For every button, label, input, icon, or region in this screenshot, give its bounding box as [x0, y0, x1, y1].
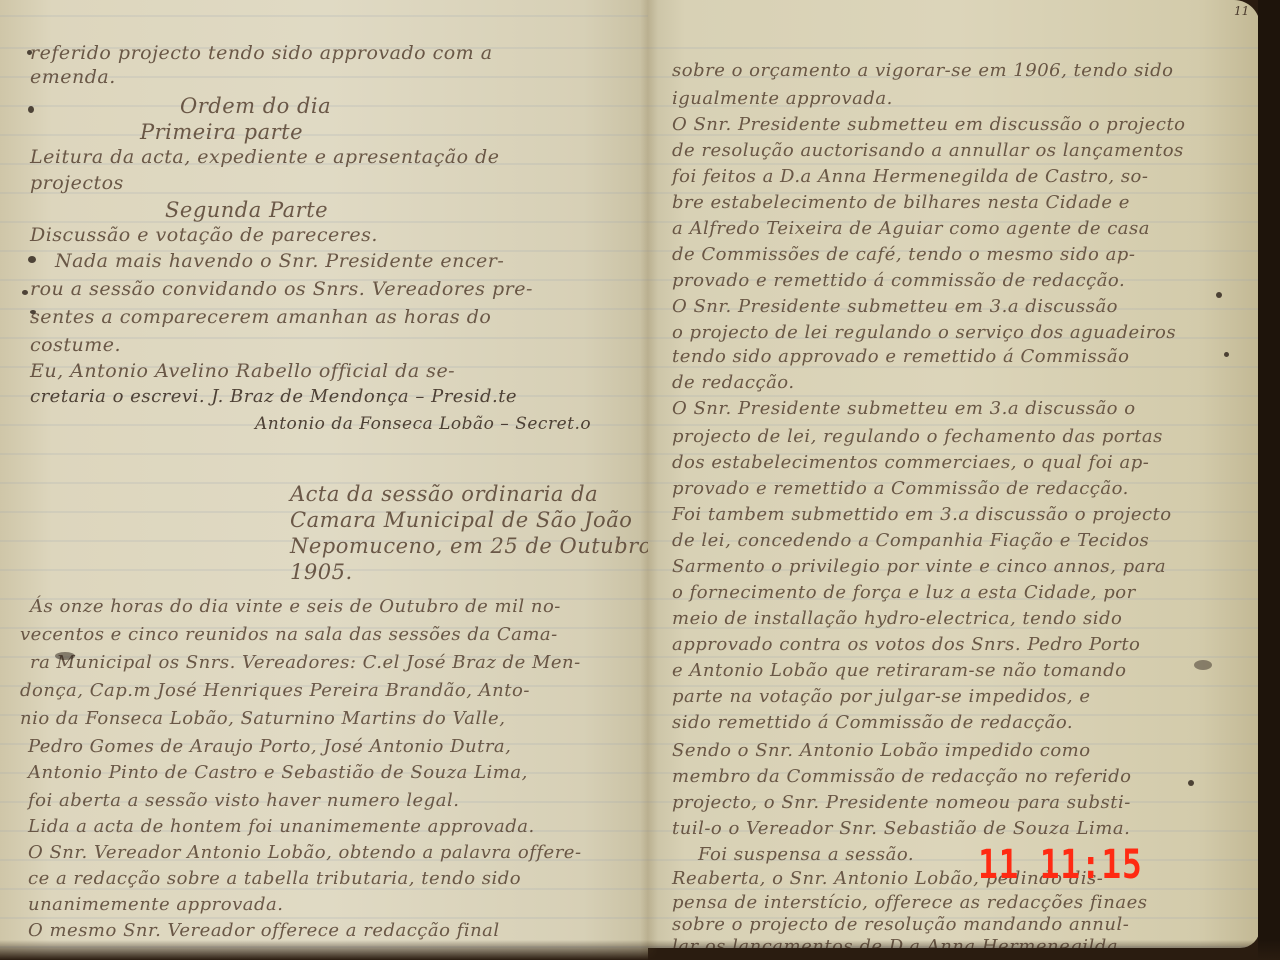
handwritten-line: projecto, o Snr. Presidente nomeou para … [672, 792, 1131, 813]
handwritten-line: Discussão e votação de pareceres. [30, 224, 378, 246]
handwritten-line: Leitura da acta, expediente e apresentaç… [30, 146, 499, 168]
section-heading: Primeira parte [140, 120, 303, 144]
signature-line: cretaria o escrevi. J. Braz de Mendonça … [30, 386, 517, 407]
handwritten-line: tendo sido approvado e remettido á Commi… [672, 346, 1130, 367]
handwritten-line: nio da Fonseca Lobão, Saturnino Martins … [20, 708, 505, 729]
left-page: referido projecto tendo sido approvado c… [0, 0, 648, 960]
handwritten-line: provado e remettido á commissão de redac… [672, 270, 1125, 291]
handwritten-line: Foi tambem submettido em 3.a discussão o… [672, 504, 1172, 525]
ink-stain [1224, 352, 1229, 357]
ink-stain [27, 50, 32, 55]
handwritten-line: dos estabelecimentos commerciaes, o qual… [672, 452, 1149, 473]
handwritten-line: foi feitos a D.a Anna Hermenegilda de Ca… [672, 166, 1148, 187]
ink-stain [1188, 780, 1194, 786]
handwritten-line: e Antonio Lobão que retiraram-se não tom… [672, 660, 1126, 681]
camera-timestamp: 11 11:15 [978, 842, 1143, 888]
handwritten-line: de redacção. [672, 372, 795, 393]
handwritten-line: O Snr. Presidente submetteu em 3.a discu… [672, 398, 1136, 419]
ink-stain [1216, 292, 1222, 298]
page-number: 11 [1234, 4, 1249, 18]
handwritten-line: O mesmo Snr. Vereador offerece a redacçã… [28, 920, 500, 941]
handwritten-line: costume. [30, 334, 121, 356]
ink-stain [55, 652, 75, 660]
handwritten-line: Foi suspensa a sessão. [698, 844, 914, 865]
handwritten-line: rou a sessão convidando os Snrs. Vereado… [30, 278, 533, 300]
handwritten-line: o fornecimento de força e luz a esta Cid… [672, 582, 1136, 603]
handwritten-line: approvado contra os votos dos Snrs. Pedr… [672, 634, 1140, 655]
handwritten-line: meio de installação hydro-electrica, ten… [672, 608, 1122, 629]
handwritten-line: tuil-o o Vereador Snr. Sebastião de Souz… [672, 818, 1130, 839]
minutes-title: Acta da sessão ordinaria da [290, 482, 598, 506]
handwritten-line: ce a redacção sobre a tabella tributaria… [28, 868, 521, 889]
handwritten-line: Eu, Antonio Avelino Rabello official da … [30, 360, 455, 382]
handwritten-line: vecentos e cinco reunidos na sala das se… [20, 624, 558, 645]
handwritten-line: provado e remettido a Commissão de redac… [672, 478, 1129, 499]
handwritten-line: Lida a acta de hontem foi unanimemente a… [28, 816, 535, 837]
handwritten-line: unanimemente approvada. [28, 894, 284, 915]
handwritten-line: emenda. [30, 66, 116, 88]
section-heading: Ordem do dia [180, 94, 331, 118]
section-heading: Segunda Parte [165, 198, 328, 222]
handwritten-line: sido remettido á Commissão de redacção. [672, 712, 1073, 733]
handwritten-line: igualmente approvada. [672, 88, 893, 109]
right-page: sobre o orçamento a vigorar-se em 1906, … [648, 0, 1260, 948]
ink-stain [30, 310, 36, 314]
handwritten-line: sentes a comparecerem amanhan as horas d… [30, 306, 491, 328]
minutes-title: Nepomuceno, em 25 de Outubro de [290, 534, 648, 558]
handwritten-line: de Commissões de café, tendo o mesmo sid… [672, 244, 1135, 265]
handwritten-line: ra Municipal os Snrs. Vereadores: C.el J… [30, 652, 581, 673]
handwritten-line: projectos [30, 172, 124, 194]
handwritten-line: O Snr. Vereador Antonio Lobão, obtendo a… [28, 842, 582, 863]
handwritten-line: O Snr. Presidente submetteu em discussão… [672, 114, 1186, 135]
handwritten-line: Sarmento o privilegio por vinte e cinco … [672, 556, 1166, 577]
handwritten-line: Sendo o Snr. Antonio Lobão impedido como [672, 740, 1091, 761]
handwritten-line: sobre o orçamento a vigorar-se em 1906, … [672, 60, 1173, 81]
signature-line: Antonio da Fonseca Lobão – Secret.o [255, 414, 591, 434]
handwritten-line: Ás onze horas do dia vinte e seis de Out… [30, 596, 561, 617]
handwritten-line: pensa de interstício, offerece as redacç… [672, 892, 1148, 913]
handwritten-line: sobre o projecto de resolução mandando a… [672, 914, 1129, 935]
handwritten-line: O Snr. Presidente submetteu em 3.a discu… [672, 296, 1118, 317]
minutes-title: Camara Municipal de São João [290, 508, 632, 532]
book-cover-edge [1258, 0, 1280, 960]
book-bottom-edge [0, 940, 1280, 960]
minutes-title: 1905. [290, 560, 353, 584]
handwritten-line: membro da Commissão de redacção no refer… [672, 766, 1132, 787]
ink-stain [28, 256, 36, 263]
ledger-photo: referido projecto tendo sido approvado c… [0, 0, 1280, 960]
handwritten-line: a Alfredo Teixeira de Aguiar como agente… [672, 218, 1150, 239]
handwritten-line: Nada mais havendo o Snr. Presidente ence… [55, 250, 504, 272]
ink-stain [22, 290, 28, 295]
handwritten-line: o projecto de lei regulando o serviço do… [672, 322, 1176, 343]
handwritten-line: bre estabelecimento de bilhares nesta Ci… [672, 192, 1130, 213]
handwritten-line: projecto de lei, regulando o fechamento … [672, 426, 1163, 447]
handwritten-line: foi aberta a sessão visto haver numero l… [28, 790, 459, 811]
handwritten-line: de lei, concedendo a Companhia Fiação e … [672, 530, 1149, 551]
handwritten-line: de resolução auctorisando a annullar os … [672, 140, 1184, 161]
book-gutter [640, 0, 658, 960]
ink-stain [28, 106, 34, 113]
handwritten-line: referido projecto tendo sido approvado c… [30, 42, 493, 64]
ink-stain [1194, 660, 1212, 670]
handwritten-line: Pedro Gomes de Araujo Porto, José Antoni… [28, 736, 511, 757]
handwritten-line: parte na votação por julgar-se impedidos… [672, 686, 1091, 707]
handwritten-line: Antonio Pinto de Castro e Sebastião de S… [28, 762, 528, 783]
handwritten-line: donça, Cap.m José Henriques Pereira Bran… [20, 680, 530, 701]
